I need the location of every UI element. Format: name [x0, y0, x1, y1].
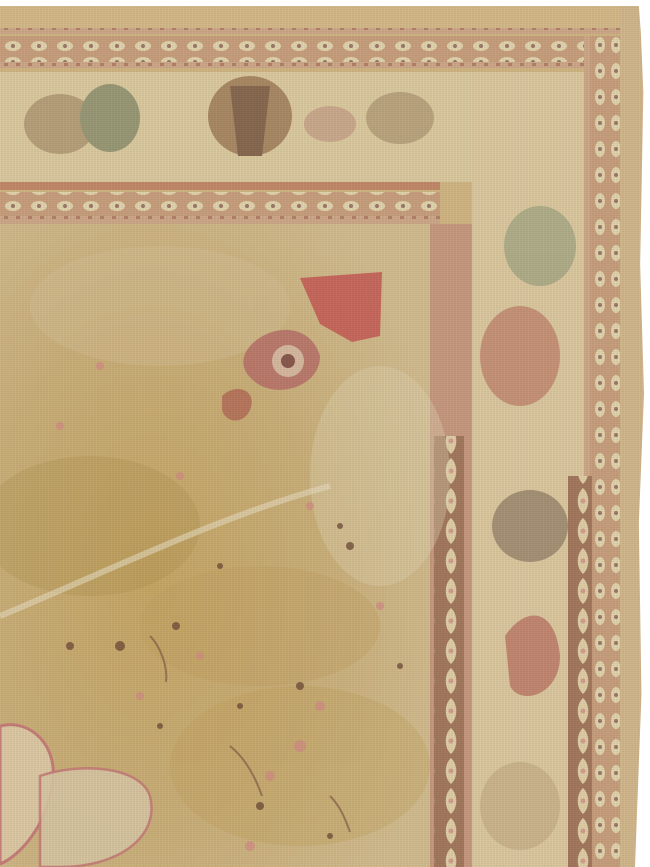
rug-pattern	[0, 6, 644, 867]
image-subject: Antique Persian rug, corner section	[0, 0, 1, 1]
rug-photo	[0, 6, 644, 867]
